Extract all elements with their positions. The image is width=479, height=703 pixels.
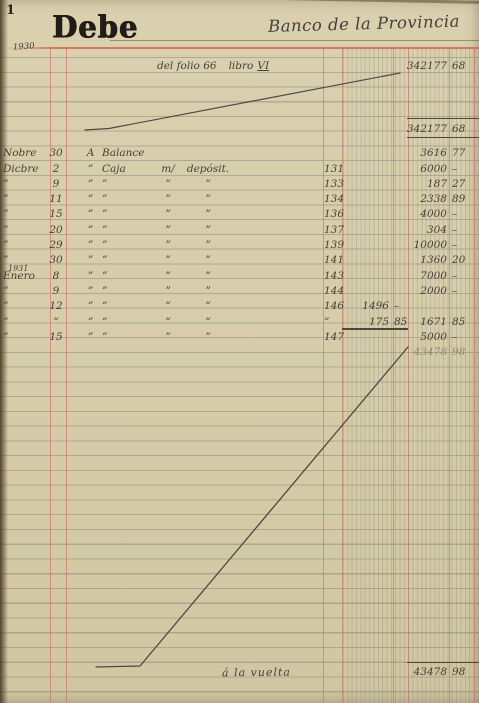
desc-ref-cell: ”: [158, 330, 178, 344]
day-cell: 30: [46, 146, 66, 160]
month-cell: ”: [3, 299, 46, 313]
desc-ref-cell: ”: [158, 269, 178, 283]
folio-cell: ”: [324, 315, 342, 329]
folio-cell: 143: [324, 269, 342, 283]
folio-cell: 146: [324, 299, 342, 313]
desc-account-cell: ”: [100, 269, 158, 283]
ledger-page: 1 Debe Banco de la Provincia 1930 del fo…: [0, 0, 479, 703]
desc-prefix-cell: ”: [83, 238, 98, 252]
void-diagonal-line: [96, 347, 408, 667]
desc-detail-cell: ”: [180, 284, 236, 298]
ledger-row: Nobre 30 A Balance 3616 77: [0, 145, 479, 160]
year-note: 1930: [13, 41, 35, 52]
desc-account-cell: ”: [100, 315, 158, 329]
desc-detail-cell: ”: [180, 223, 236, 237]
sub-amount-cents: –: [394, 299, 407, 313]
desc-prefix-cell: ”: [83, 269, 98, 283]
desc-account-cell: ”: [100, 284, 158, 298]
desc-detail-cell: ”: [180, 192, 236, 206]
amount-integer: 6000: [397, 162, 447, 176]
desc-detail-cell: ”: [180, 299, 236, 313]
desc-detail-cell: ”: [180, 207, 236, 221]
desc-prefix-cell: ”: [83, 207, 98, 221]
folio-cell: 136: [324, 207, 342, 221]
amount-integer: 43478: [397, 665, 447, 679]
amount-integer: 2338: [397, 192, 447, 206]
desc-account-cell: ”: [100, 253, 158, 267]
amount-integer: 304: [397, 223, 447, 237]
day-cell: 9: [46, 284, 66, 298]
amount-cents: 89: [452, 192, 473, 206]
amount-integer: 7000: [397, 269, 447, 283]
desc-ref-cell: ”: [158, 253, 178, 267]
month-cell: ”: [3, 315, 46, 329]
folio-cell: 133: [324, 177, 342, 191]
day-cell: 30: [46, 253, 66, 267]
desc-ref-cell: ”: [158, 223, 178, 237]
desc-prefix-cell: ”: [83, 284, 98, 298]
desc-detail-cell: ”: [180, 330, 236, 344]
amount-cents: 85: [452, 315, 473, 329]
amount-cents: 98: [452, 345, 473, 359]
desc-prefix-cell: ”: [83, 162, 98, 176]
month-cell: ”: [3, 284, 46, 298]
desc-ref-cell: m/: [158, 162, 178, 176]
desc-account-cell: ”: [100, 192, 158, 206]
folio-cell: 139: [324, 238, 342, 252]
amount-integer: 4000: [397, 207, 447, 221]
desc-account-cell: Caja: [100, 162, 158, 176]
ledger-row: ” 15 ” ” ” ” 147 5000 –: [0, 329, 479, 344]
folio-cell: 147: [324, 330, 342, 344]
carry-rule-bottom: [407, 137, 479, 138]
month-cell: ”: [3, 207, 46, 221]
month-cell: ”: [3, 192, 46, 206]
month-cell: ”: [3, 330, 46, 344]
desc-account-cell: ”: [100, 223, 158, 237]
desc-detail-cell: ”: [180, 238, 236, 252]
amount-cents: 77: [452, 146, 473, 160]
day-cell: 12: [46, 299, 66, 313]
desc-account-cell: ”: [100, 238, 158, 252]
folio-cell: 141: [324, 253, 342, 267]
day-cell: 20: [46, 223, 66, 237]
amount-integer: 1671: [397, 315, 447, 329]
month-cell: ”: [3, 177, 46, 191]
desc-ref-cell: ”: [158, 299, 178, 313]
ledger-rows: Nobre 30 A Balance 3616 77 Dicbre 2 ” Ca…: [0, 145, 479, 344]
desc-prefix-cell: ”: [83, 330, 98, 344]
desc-ref-cell: ”: [158, 315, 178, 329]
ledger-row: 1931 Enero 8 ” ” ” ” 143 7000 –: [0, 267, 479, 282]
page-edge-shadow: [288, 0, 479, 4]
sub-amount-integer: 1496: [344, 299, 389, 313]
day-cell: 11: [46, 192, 66, 206]
desc-ref-cell: ”: [158, 284, 178, 298]
total-rule: [407, 662, 479, 663]
ledger-row: ” ” ” ” ” ” ” 175 85 1671 85: [0, 313, 479, 328]
ledger-row: ” 11 ” ” ” ” 134 2338 89: [0, 191, 479, 206]
ledger-row: ” 9 ” ” ” ” 144 2000 –: [0, 283, 479, 298]
folio-cell: 131: [324, 162, 342, 176]
ledger-row: ” 29 ” ” ” ” 139 10000 –: [0, 237, 479, 252]
desc-detail-cell: depósit.: [180, 162, 236, 176]
amount-integer: 3616: [397, 146, 447, 160]
amount-integer: 2000: [397, 284, 447, 298]
amount-cents: 20: [452, 253, 473, 267]
month-cell: ”: [3, 238, 46, 252]
amount-cents: –: [452, 269, 473, 283]
amount-integer: 187: [397, 177, 447, 191]
day-cell: 8: [46, 269, 66, 283]
amount-integer: 342177: [397, 59, 447, 73]
page-number: 1: [6, 3, 15, 18]
carry-forward-amount: 342177 68: [0, 58, 479, 73]
month-cell: Dicbre: [3, 162, 46, 176]
desc-detail-cell: ”: [180, 315, 236, 329]
folio-cell: 134: [324, 192, 342, 206]
month-cell: Nobre: [3, 146, 46, 160]
ledger-row: ” 15 ” ” ” ” 136 4000 –: [0, 206, 479, 221]
amount-integer: 1360: [397, 253, 447, 267]
ledger-row: ” 20 ” ” ” ” 137 304 –: [0, 221, 479, 236]
amount-cents: –: [452, 238, 473, 252]
ledger-row: ” 30 ” ” ” ” 141 1360 20: [0, 252, 479, 267]
desc-account-cell: ”: [100, 177, 158, 191]
sub-amount-integer: 175: [344, 315, 389, 329]
ledger-row: ” 12 ” ” ” ” 146 1496 –: [0, 298, 479, 313]
ledger-row: ” 9 ” ” ” ” 133 187 27: [0, 176, 479, 191]
page-title: Debe: [52, 9, 138, 45]
amount-cents: –: [452, 330, 473, 344]
desc-ref-cell: ”: [158, 192, 178, 206]
amount-cents: –: [452, 162, 473, 176]
desc-prefix-cell: ”: [83, 177, 98, 191]
amount-integer: 342177: [397, 122, 447, 136]
desc-prefix-cell: ”: [83, 223, 98, 237]
folio-cell: 137: [324, 223, 342, 237]
amount-cents: –: [452, 207, 473, 221]
desc-account-cell: ”: [100, 207, 158, 221]
amount-cents: –: [452, 223, 473, 237]
day-cell: 15: [46, 330, 66, 344]
bank-title: Banco de la Provincia: [268, 11, 478, 36]
desc-detail-cell: ”: [180, 253, 236, 267]
desc-ref-cell: ”: [158, 177, 178, 191]
amount-cents: –: [452, 284, 473, 298]
desc-account-cell: ”: [100, 330, 158, 344]
desc-ref-cell: ”: [158, 238, 178, 252]
ledger-row: Dicbre 2 ” Caja m/ depósit. 131 6000 –: [0, 160, 479, 175]
pencil-running-total: 43478 98: [0, 344, 479, 359]
footer-note: á la vuelta: [222, 666, 291, 680]
day-cell: 15: [46, 207, 66, 221]
amount-cents: 68: [452, 122, 473, 136]
desc-detail-cell: ”: [180, 269, 236, 283]
bank-title-underline: [110, 40, 479, 41]
month-cell: Enero: [3, 269, 46, 283]
desc-account-cell: ”: [100, 299, 158, 313]
month-cell: ”: [3, 223, 46, 237]
desc-detail-cell: ”: [180, 177, 236, 191]
day-cell: 9: [46, 177, 66, 191]
amount-cents: 27: [452, 177, 473, 191]
amount-integer: 5000: [397, 330, 447, 344]
day-cell: ”: [46, 315, 66, 329]
amount-integer: 10000: [397, 238, 447, 252]
carry-forward-amount-repeat: 342177 68: [0, 121, 479, 136]
amount-cents: 68: [452, 59, 473, 73]
day-cell: 29: [46, 238, 66, 252]
amount-integer: 43478: [397, 345, 447, 359]
desc-prefix-cell: ”: [83, 299, 98, 313]
desc-prefix-cell: A: [83, 146, 98, 160]
desc-ref-cell: ”: [158, 207, 178, 221]
desc-prefix-cell: ”: [83, 253, 98, 267]
desc-account-cell: Balance: [100, 146, 158, 160]
amount-cents: 98: [452, 665, 473, 679]
day-cell: 2: [46, 162, 66, 176]
desc-prefix-cell: ”: [83, 315, 98, 329]
desc-prefix-cell: ”: [83, 192, 98, 206]
carry-rule-top: [407, 118, 479, 119]
folio-cell: 144: [324, 284, 342, 298]
